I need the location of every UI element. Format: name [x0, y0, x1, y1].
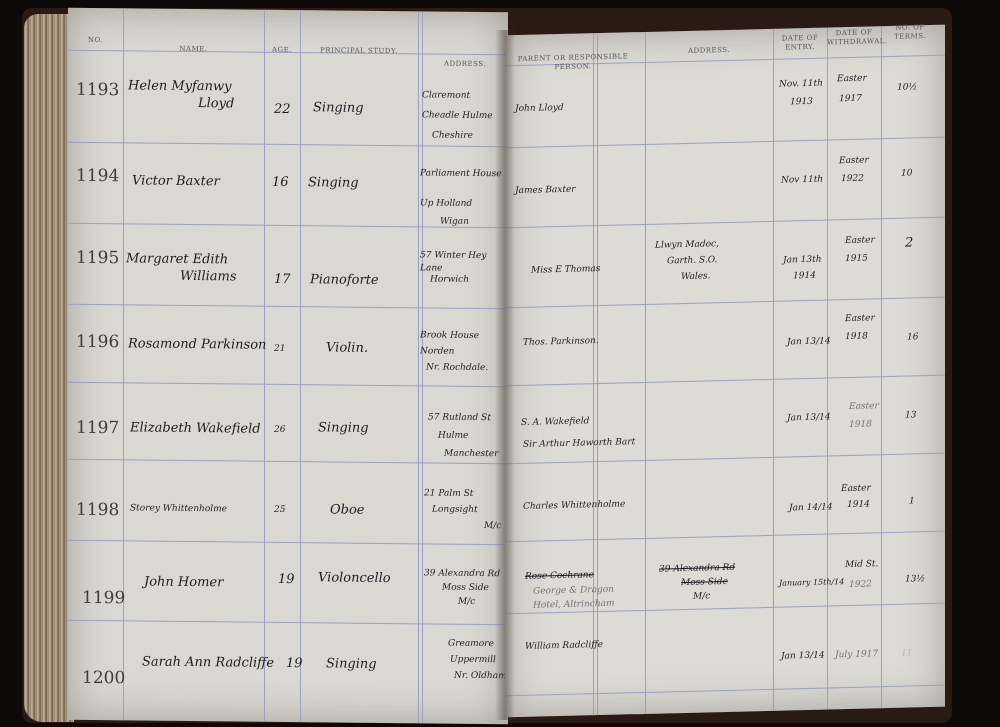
parent-name-cont: George & Dragon Hotel, Altrincham — [533, 582, 643, 613]
parent-name: John Lloyd — [515, 102, 564, 116]
entry-number: 1193 — [76, 80, 119, 100]
date-of-entry-year: 1913 — [790, 96, 813, 110]
entry-number: 1200 — [82, 668, 125, 688]
parent-name: William Radcliffe — [525, 639, 603, 654]
student-name-cont: Williams — [180, 269, 237, 285]
date-of-withdrawal-year: 1915 — [845, 253, 868, 267]
student-address-2: Longsight — [432, 504, 478, 517]
date-of-entry: Jan 14/14 — [789, 501, 833, 515]
student-address-1: Claremont — [422, 89, 470, 103]
student-address-1: Parliament House — [420, 167, 502, 181]
entry-number: 1195 — [76, 248, 119, 268]
right-page: Parent or Responsible Person. Address. D… — [505, 25, 945, 718]
student-address-2: Cheadle Hulme — [422, 109, 493, 123]
header-name: Name. — [123, 44, 264, 54]
date-of-withdrawal-year: 1914 — [847, 498, 870, 512]
header-no-terms: No. of Terms. — [881, 23, 939, 42]
principal-study: Singing — [313, 100, 364, 116]
number-of-terms: 1 — [909, 495, 915, 508]
student-name: Sarah Ann Radcliffe — [142, 654, 274, 670]
student-address-1: Brook House — [420, 329, 479, 343]
student-address-2: Up Holland — [420, 197, 472, 211]
date-of-withdrawal: Easter — [845, 234, 875, 248]
entry-number: 1197 — [76, 418, 119, 438]
date-of-withdrawal: July 1917 — [835, 648, 878, 662]
date-of-withdrawal: Easter — [841, 482, 871, 496]
entry-number: 1198 — [76, 500, 119, 520]
student-address-1: 39 Alexandra Rd — [424, 567, 500, 581]
student-address-1: 57 Rutland St — [428, 411, 491, 425]
date-of-withdrawal: Easter — [849, 400, 879, 414]
student-address-2: Hulme — [438, 430, 468, 443]
date-of-entry: January 15th/14 — [779, 575, 844, 590]
number-of-terms: 10 — [901, 167, 912, 180]
date-of-withdrawal-year: 1918 — [849, 418, 872, 432]
date-of-withdrawal: Mid St. — [845, 558, 878, 572]
student-age: 16 — [272, 175, 289, 190]
header-parent: Parent or Responsible Person. — [505, 52, 641, 73]
student-address-3: Manchester — [444, 448, 498, 462]
student-age: 26 — [274, 424, 285, 437]
principal-study: Violoncello — [318, 570, 391, 586]
date-of-entry: Nov. 11th — [779, 78, 823, 92]
date-of-withdrawal: Easter — [837, 73, 867, 87]
parent-name: Charles Whittenholme — [523, 498, 625, 513]
student-address-2: Norden — [420, 345, 454, 358]
date-of-entry: Nov 11th — [781, 174, 823, 188]
page-edges — [24, 14, 74, 722]
student-age: 22 — [274, 102, 291, 117]
date-of-withdrawal-year: 1918 — [845, 331, 868, 345]
principal-study: Singing — [326, 656, 377, 672]
student-age: 19 — [278, 572, 295, 587]
student-address-2: Horwich — [430, 273, 469, 286]
right-grid — [505, 25, 945, 718]
student-name: Helen Myfanwy — [128, 78, 231, 94]
header-age: Age. — [264, 46, 300, 55]
parent-address-2-struck: Moss Side — [681, 576, 728, 590]
principal-study: Violin. — [326, 340, 368, 355]
principal-study: Singing — [318, 420, 369, 436]
student-name: Elizabeth Wakefield — [130, 420, 261, 436]
date-of-withdrawal-year: 1922 — [841, 173, 864, 187]
date-of-withdrawal-year: 1922 — [849, 578, 872, 592]
parent-name: James Baxter — [515, 184, 576, 198]
book-gutter — [495, 30, 515, 720]
number-of-terms: 16 — [907, 331, 918, 344]
date-of-entry: Jan 13/14 — [787, 335, 831, 349]
student-address-3: M/c — [458, 596, 475, 609]
entry-number: 1196 — [76, 332, 119, 352]
date-of-withdrawal: Easter — [845, 312, 875, 326]
number-of-terms: 10½ — [897, 81, 917, 94]
date-of-withdrawal-year: 1917 — [839, 93, 862, 107]
number-of-terms: 2 — [905, 235, 913, 250]
student-age: 17 — [274, 272, 291, 287]
entry-number: 1194 — [76, 166, 119, 186]
student-address-3: Nr. Rochdale. — [426, 361, 488, 375]
parent-name: S. A. Wakefield — [521, 415, 589, 430]
student-address-3: Cheshire — [432, 130, 473, 143]
principal-study: Singing — [308, 175, 359, 191]
student-address-1: Greamore — [448, 638, 494, 651]
student-address-2: Uppermill — [450, 654, 496, 667]
parent-name: Thos. Parkinson. — [523, 335, 599, 350]
student-age: 21 — [274, 343, 285, 356]
number-of-terms: 11 — [901, 647, 912, 660]
parent-address-1-struck: 39 Alexandra Rd — [659, 562, 735, 577]
header-date-entry: Date of Entry. — [773, 34, 827, 53]
parent-name-cont: Sir Arthur Haworth Bart — [523, 436, 635, 452]
principal-study: Oboe — [330, 502, 365, 517]
student-name: Storey Whittenholme — [130, 502, 227, 516]
parent-address-3: M/c — [693, 590, 710, 603]
header-principal-study: Principal Study. — [300, 46, 418, 56]
student-age: 25 — [274, 504, 285, 517]
student-address-3: Wigan — [440, 216, 469, 229]
student-age: 19 — [286, 656, 303, 671]
student-name-cont: Lloyd — [198, 96, 234, 111]
student-name: John Homer — [144, 574, 223, 590]
number-of-terms: 13½ — [905, 573, 925, 586]
parent-name-struck: Rose Cochrane — [525, 569, 594, 584]
header-no: No. — [68, 36, 123, 46]
parent-address-3: Wales. — [681, 270, 711, 284]
student-address-2: Moss Side — [442, 582, 489, 595]
date-of-entry: Jan 13/14 — [787, 411, 831, 425]
student-name: Rosamond Parkinson — [128, 336, 266, 352]
principal-study: Pianoforte — [310, 272, 379, 288]
entry-number: 1199 — [82, 588, 125, 608]
date-of-entry: Jan 13/14 — [781, 650, 825, 664]
left-page: No. Name. Age. Principal Study. Address.… — [68, 8, 508, 725]
date-of-entry: Jan 13th — [783, 254, 822, 268]
student-name: Margaret Edith — [126, 251, 228, 267]
header-date-withdrawal: Date of Withdrawal. — [827, 28, 881, 47]
number-of-terms: 13 — [905, 409, 916, 422]
parent-address-2: Garth. S.O. — [667, 254, 717, 268]
date-of-withdrawal: Easter — [839, 154, 869, 168]
parent-name: Miss E Thomas — [531, 263, 600, 278]
student-address-1: 21 Palm St — [424, 487, 473, 501]
student-name: Victor Baxter — [132, 173, 220, 189]
parent-address-1: Llwyn Madoc, — [655, 238, 719, 253]
date-of-entry-year: 1914 — [793, 270, 816, 284]
